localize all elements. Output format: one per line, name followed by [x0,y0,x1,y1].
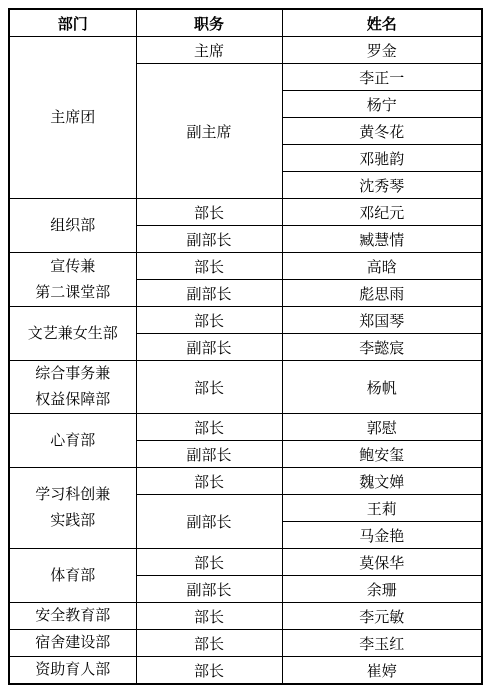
position-cell: 副部长 [136,280,282,307]
position-cell: 副部长 [136,576,282,603]
name-cell: 邓驰韵 [282,145,482,172]
position-cell: 部长 [136,549,282,576]
name-cell: 王莉 [282,495,482,522]
department-cell: 主席团 [9,37,136,199]
name-cell: 黄冬花 [282,118,482,145]
header-department: 部门 [9,9,136,37]
table-row: 心育部部长郭慰 [9,414,482,441]
position-cell: 副主席 [136,64,282,199]
table-row: 宿舍建设部部长李玉红 [9,630,482,657]
table-row: 体育部部长莫保华 [9,549,482,576]
position-cell: 部长 [136,361,282,414]
org-structure-table: 部门 职务 姓名 主席团主席罗金副主席李正一杨宁黄冬花邓驰韵沈秀琴组织部部长邓纪… [8,8,483,685]
position-cell: 副部长 [136,226,282,253]
name-cell: 李元敏 [282,603,482,630]
table-body: 主席团主席罗金副主席李正一杨宁黄冬花邓驰韵沈秀琴组织部部长邓纪元副部长臧慧情宣传… [9,37,482,685]
department-cell: 心育部 [9,414,136,468]
header-row: 部门 职务 姓名 [9,9,482,37]
name-cell: 崔婷 [282,657,482,685]
position-cell: 部长 [136,630,282,657]
table-row: 综合事务兼权益保障部部长杨帆 [9,361,482,414]
name-cell: 郑国琴 [282,307,482,334]
department-cell: 综合事务兼权益保障部 [9,361,136,414]
name-cell: 郭慰 [282,414,482,441]
name-cell: 鲍安玺 [282,441,482,468]
name-cell: 罗金 [282,37,482,64]
position-cell: 部长 [136,307,282,334]
department-cell: 组织部 [9,199,136,253]
name-cell: 李玉红 [282,630,482,657]
name-cell: 马金艳 [282,522,482,549]
position-cell: 部长 [136,657,282,685]
name-cell: 莫保华 [282,549,482,576]
position-cell: 主席 [136,37,282,64]
header-name: 姓名 [282,9,482,37]
name-cell: 李正一 [282,64,482,91]
name-cell: 彪思雨 [282,280,482,307]
department-cell: 安全教育部 [9,603,136,630]
department-cell: 宣传兼第二课堂部 [9,253,136,307]
name-cell: 高晗 [282,253,482,280]
name-cell: 沈秀琴 [282,172,482,199]
table-row: 文艺兼女生部部长郑国琴 [9,307,482,334]
table-row: 安全教育部部长李元敏 [9,603,482,630]
table-row: 宣传兼第二课堂部部长高晗 [9,253,482,280]
position-cell: 部长 [136,414,282,441]
position-cell: 部长 [136,603,282,630]
department-cell: 学习科创兼实践部 [9,468,136,549]
name-cell: 魏文婵 [282,468,482,495]
table-row: 组织部部长邓纪元 [9,199,482,226]
position-cell: 部长 [136,253,282,280]
header-position: 职务 [136,9,282,37]
position-cell: 部长 [136,468,282,495]
department-cell: 文艺兼女生部 [9,307,136,361]
name-cell: 臧慧情 [282,226,482,253]
position-cell: 副部长 [136,495,282,549]
department-cell: 资助育人部 [9,657,136,685]
name-cell: 杨宁 [282,91,482,118]
name-cell: 邓纪元 [282,199,482,226]
department-cell: 宿舍建设部 [9,630,136,657]
name-cell: 李懿宸 [282,334,482,361]
position-cell: 副部长 [136,441,282,468]
table-row: 学习科创兼实践部部长魏文婵 [9,468,482,495]
position-cell: 部长 [136,199,282,226]
name-cell: 杨帆 [282,361,482,414]
position-cell: 副部长 [136,334,282,361]
name-cell: 余珊 [282,576,482,603]
department-cell: 体育部 [9,549,136,603]
table-row: 主席团主席罗金 [9,37,482,64]
table-row: 资助育人部部长崔婷 [9,657,482,685]
